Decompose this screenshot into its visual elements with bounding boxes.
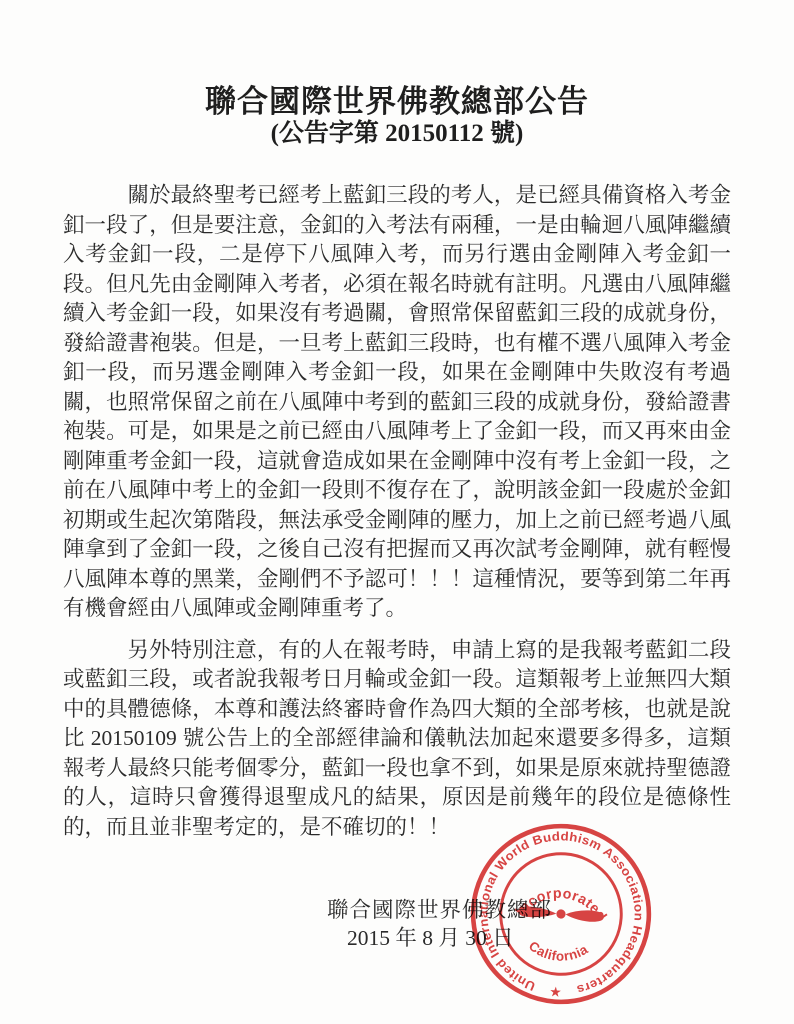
seal-california-text: California <box>525 938 591 966</box>
official-seal-icon: United International World Buddhism Asso… <box>463 816 659 1012</box>
announcement-number: (公告字第 20150112 號) <box>0 113 794 149</box>
announcement-document: 聯合國際世界佛教總部公告 (公告字第 20150112 號) 關於最終聖考已經考… <box>0 0 794 1024</box>
body-paragraph: 關於最終聖考已經考上藍釦三段的考人，是已經具備資格入考金釦一段了，但是要注意，金… <box>63 181 731 624</box>
seal-star-icon: ★ <box>549 984 562 1000</box>
body-paragraph: 另外特別注意，有的人在報考時，申請上寫的是我報考藍釦二段或藍釦三段，或者說我報考… <box>63 636 731 843</box>
document-body: 關於最終聖考已經考上藍釦三段的考人，是已經具備資格入考金釦一段了，但是要注意，金… <box>63 181 731 854</box>
